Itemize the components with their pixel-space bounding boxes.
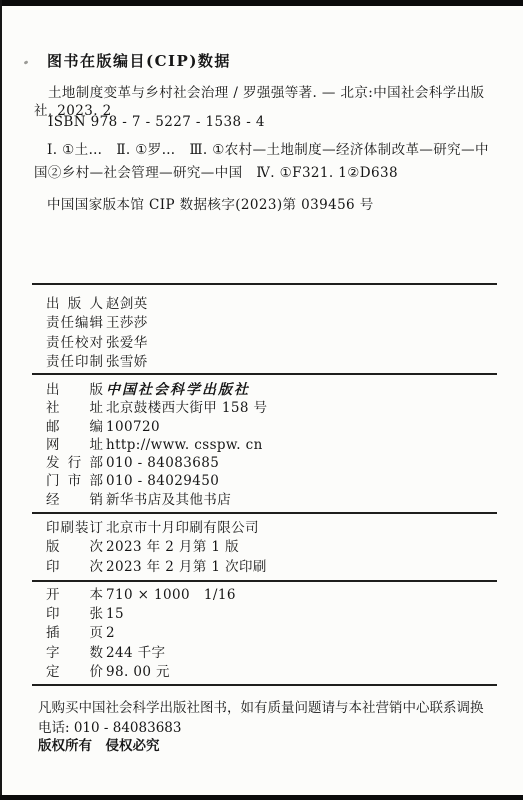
classification-line1: Ⅰ. ①土… Ⅱ. ①罗… Ⅲ. ①农村—土地制度—经济体制改革—研究—中 — [47, 138, 489, 158]
info-row: 印张15 — [46, 605, 236, 624]
row-label: 网址 — [46, 436, 103, 454]
row-label: 出版 — [46, 381, 103, 399]
format-section: 开本710 × 1000 1/16印张15插页2字数244 千字定价98. 00… — [46, 586, 236, 682]
row-value: 北京鼓楼西大街甲 158 号 — [106, 400, 267, 416]
divider-2 — [32, 373, 497, 375]
info-row: 出版人赵剑英 — [46, 295, 148, 314]
row-label: 责任印制 — [46, 353, 103, 372]
row-label: 邮编 — [46, 418, 103, 436]
scan-speck — [24, 60, 29, 65]
row-label: 门市部 — [46, 472, 103, 490]
row-value: 中国社会科学出版社 — [106, 382, 250, 398]
row-label: 印次 — [46, 558, 103, 577]
publishing-section: 出版中国社会科学出版社社址北京鼓楼西大街甲 158 号邮编100720网址htt… — [46, 381, 267, 509]
row-value: 新华书店及其他书店 — [106, 492, 231, 508]
info-row: 开本710 × 1000 1/16 — [46, 586, 236, 605]
info-row: 定价98. 00 元 — [46, 663, 236, 682]
scan-edge-left — [0, 0, 2, 800]
row-value: 2023 年 2 月第 1 版 — [106, 539, 239, 555]
row-label: 字数 — [46, 644, 103, 663]
divider-3 — [32, 512, 497, 514]
info-row: 社址北京鼓楼西大街甲 158 号 — [46, 399, 267, 417]
info-row: 插页2 — [46, 624, 236, 643]
info-row: 责任校对张爱华 — [46, 334, 148, 353]
row-value: 赵剑英 — [106, 296, 148, 312]
cip-heading: 图书在版编目(CIP)数据 — [47, 50, 231, 71]
quality-notice: 凡购买中国社会科学出版社图书，如有质量问题请与本社营销中心联系调换 — [38, 696, 484, 716]
scan-edge-top — [0, 0, 523, 6]
row-value: 010 - 84029450 — [106, 473, 219, 489]
cip-record-number: 中国国家版本馆 CIP 数据核字(2023)第 039456 号 — [47, 193, 374, 213]
cip-description-line1: 土地制度变革与乡村社会治理 / 罗强强等著. — 北京:中国社会科学出版 — [48, 81, 484, 101]
row-label: 责任编辑 — [46, 314, 103, 333]
isbn-line: ISBN 978 - 7 - 5227 - 1538 - 4 — [48, 114, 265, 130]
row-value: 710 × 1000 1/16 — [106, 587, 236, 603]
row-label: 版次 — [46, 538, 103, 557]
row-value: 100720 — [106, 419, 160, 435]
row-label: 经销 — [46, 491, 103, 509]
row-value: 010 - 84083685 — [106, 455, 219, 471]
staff-section: 出版人赵剑英责任编辑王莎莎责任校对张爱华责任印制张雪娇 — [46, 295, 148, 372]
info-row: 出版中国社会科学出版社 — [46, 381, 267, 399]
info-row: 门市部010 - 84029450 — [46, 472, 267, 490]
printing-section: 印刷装订北京市十月印刷有限公司版次2023 年 2 月第 1 版印次2023 年… — [46, 519, 267, 577]
row-value: 15 — [106, 606, 124, 622]
row-value: http://www. csspw. cn — [106, 437, 263, 453]
info-row: 发行部010 - 84083685 — [46, 454, 267, 472]
row-value: 王莎莎 — [106, 315, 148, 331]
divider-5 — [32, 684, 497, 686]
info-row: 网址http://www. csspw. cn — [46, 436, 267, 454]
row-value: 2 — [106, 625, 115, 641]
row-label: 出版人 — [46, 295, 103, 314]
row-value: 张雪娇 — [106, 354, 148, 370]
info-row: 邮编100720 — [46, 418, 267, 436]
info-row: 印次2023 年 2 月第 1 次印刷 — [46, 558, 267, 577]
row-value: 2023 年 2 月第 1 次印刷 — [106, 559, 267, 575]
divider-4 — [32, 580, 497, 582]
copyright-page: 图书在版编目(CIP)数据 土地制度变革与乡村社会治理 / 罗强强等著. — 北… — [0, 0, 523, 800]
row-value: 张爱华 — [106, 335, 148, 351]
divider-1 — [32, 283, 497, 285]
row-value: 98. 00 元 — [106, 664, 170, 680]
info-row: 印刷装订北京市十月印刷有限公司 — [46, 519, 267, 538]
row-label: 社址 — [46, 399, 103, 417]
scan-edge-bottom — [0, 795, 523, 800]
info-row: 经销新华书店及其他书店 — [46, 491, 267, 509]
row-value: 244 千字 — [106, 645, 165, 661]
row-label: 发行部 — [46, 454, 103, 472]
row-label: 定价 — [46, 663, 103, 682]
info-row: 责任印制张雪娇 — [46, 353, 148, 372]
service-phone: 电话: 010 - 84083683 — [38, 716, 181, 736]
info-row: 字数244 千字 — [46, 644, 236, 663]
info-row: 责任编辑王莎莎 — [46, 314, 148, 333]
copyright-statement: 版权所有 侵权必究 — [38, 734, 160, 754]
row-label: 开本 — [46, 586, 103, 605]
classification-line2: 国②乡村—社会管理—研究—中国 Ⅳ. ①F321. 1②D638 — [34, 161, 398, 181]
row-label: 印刷装订 — [46, 519, 103, 538]
info-row: 版次2023 年 2 月第 1 版 — [46, 538, 267, 557]
row-value: 北京市十月印刷有限公司 — [106, 520, 259, 536]
row-label: 责任校对 — [46, 334, 103, 353]
row-label: 插页 — [46, 624, 103, 643]
row-label: 印张 — [46, 605, 103, 624]
